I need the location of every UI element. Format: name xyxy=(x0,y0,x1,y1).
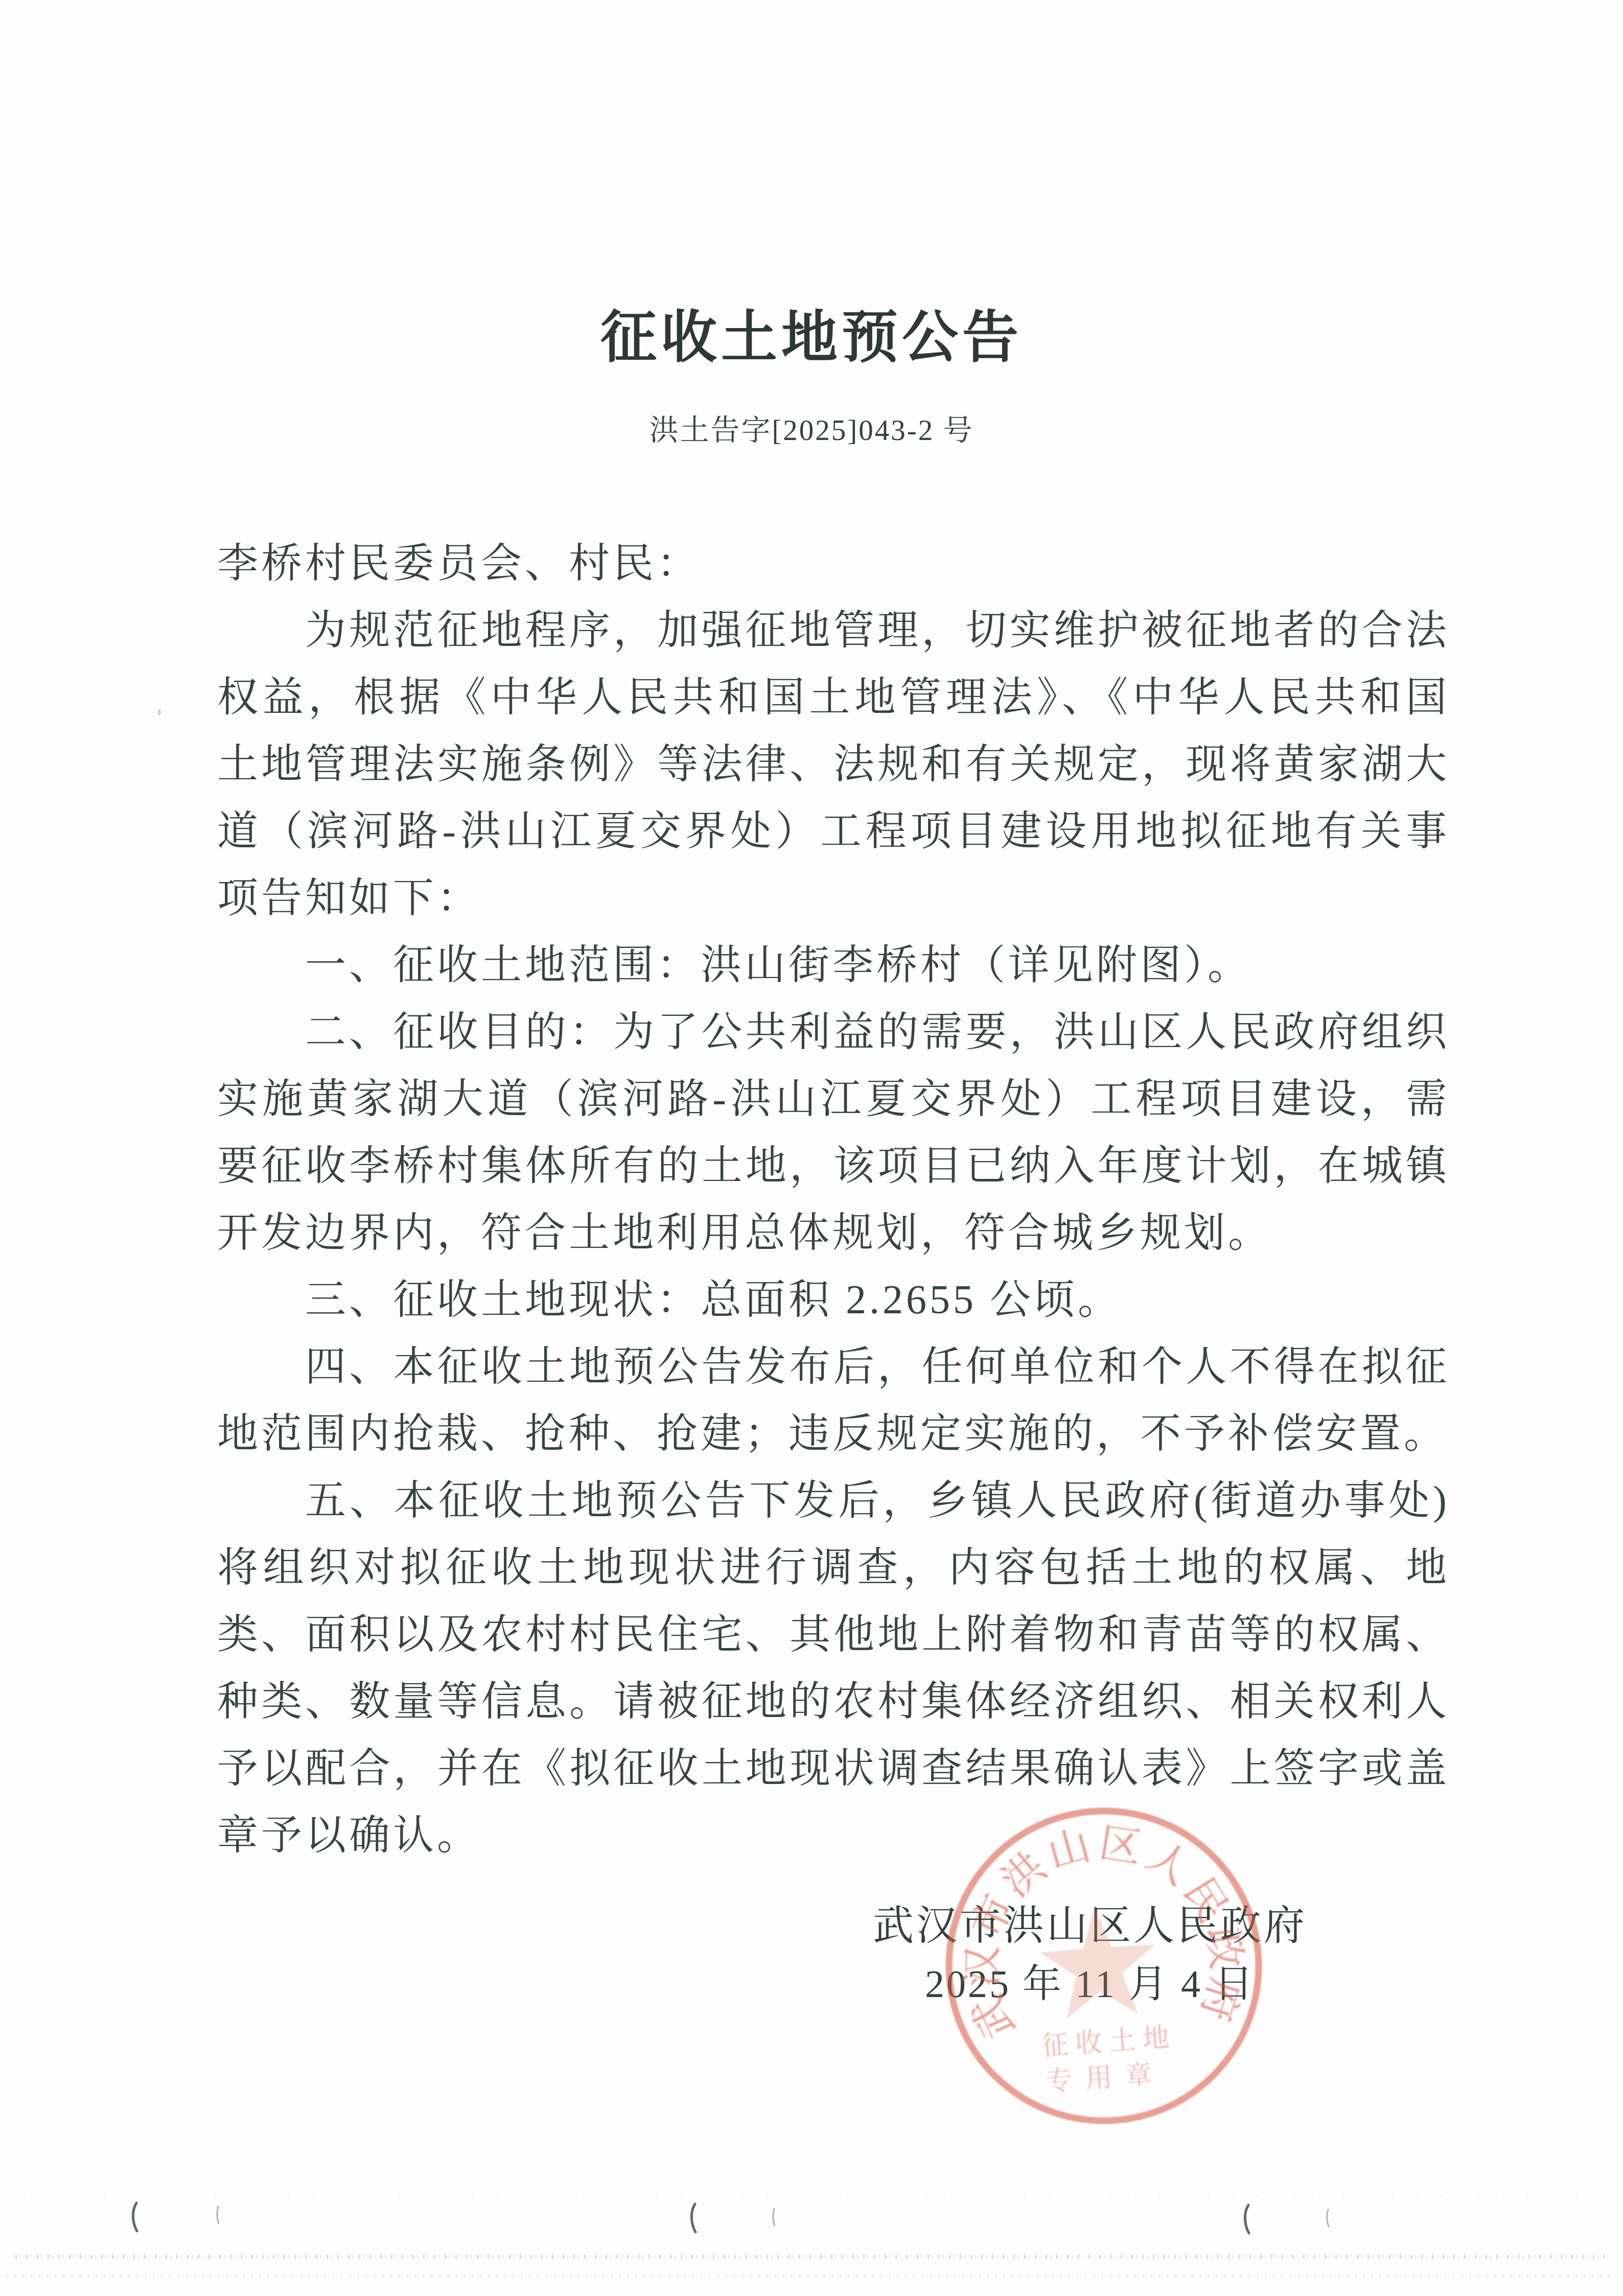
body-paragraph: 二、征收目的：为了公共利益的需要，洪山区人民政府组织实施黄家湖大道（滨河路-洪山… xyxy=(217,999,1450,1267)
scan-artifact-mark xyxy=(215,2206,221,2225)
scan-artifact-mark xyxy=(1325,2209,1331,2228)
document-number: 洪土告字[2025]043-2 号 xyxy=(0,407,1623,449)
body-paragraph: 一、征收土地范围：洪山街李桥村（详见附图）。 xyxy=(217,932,1450,999)
seal-banner-line1: 征收土地 xyxy=(1041,2023,1177,2061)
scan-noise-band xyxy=(31,2194,1589,2196)
scan-artifact-mark xyxy=(687,2202,699,2234)
salutation: 李桥村民委员会、村民： xyxy=(217,530,1450,597)
seal-banner-line2: 专用章 xyxy=(1045,2059,1166,2097)
body-paragraph: 五、本征收土地预公告下发后，乡镇人民政府(街道办事处)将组织对拟征收土地现状进行… xyxy=(217,1468,1450,1869)
body-paragraph: 三、征收土地现状：总面积 2.2655 公顷。 xyxy=(217,1267,1450,1334)
scan-artifact-mark xyxy=(771,2208,777,2227)
body-paragraph: 四、本征收土地预公告发布后，任何单位和个人不得在拟征地范围内抢栽、抢种、抢建；违… xyxy=(217,1334,1450,1468)
document-title: 征收土地预公告 xyxy=(0,292,1623,373)
scan-speck xyxy=(157,709,161,715)
scan-noise-band xyxy=(6,2275,1616,2278)
document-page: 征收土地预公告 洪土告字[2025]043-2 号 李桥村民委员会、村民： 为规… xyxy=(0,0,1623,2296)
document-body: 李桥村民委员会、村民： 为规范征地程序，加强征地管理，切实维护被征地者的合法权益… xyxy=(217,530,1450,1869)
body-paragraphs: 为规范征地程序，加强征地管理，切实维护被征地者的合法权益，根据《中华人民共和国土… xyxy=(217,597,1450,1869)
scan-noise-band xyxy=(15,2255,1605,2259)
body-paragraph: 为规范征地程序，加强征地管理，切实维护被征地者的合法权益，根据《中华人民共和国土… xyxy=(217,597,1450,932)
scan-artifact-mark xyxy=(1241,2204,1252,2235)
seal-star xyxy=(1037,1903,1160,2020)
official-seal: 武汉市洪山区人民政府 征收土地 专用章 xyxy=(929,1791,1278,2140)
scan-artifact-mark xyxy=(129,2201,140,2233)
